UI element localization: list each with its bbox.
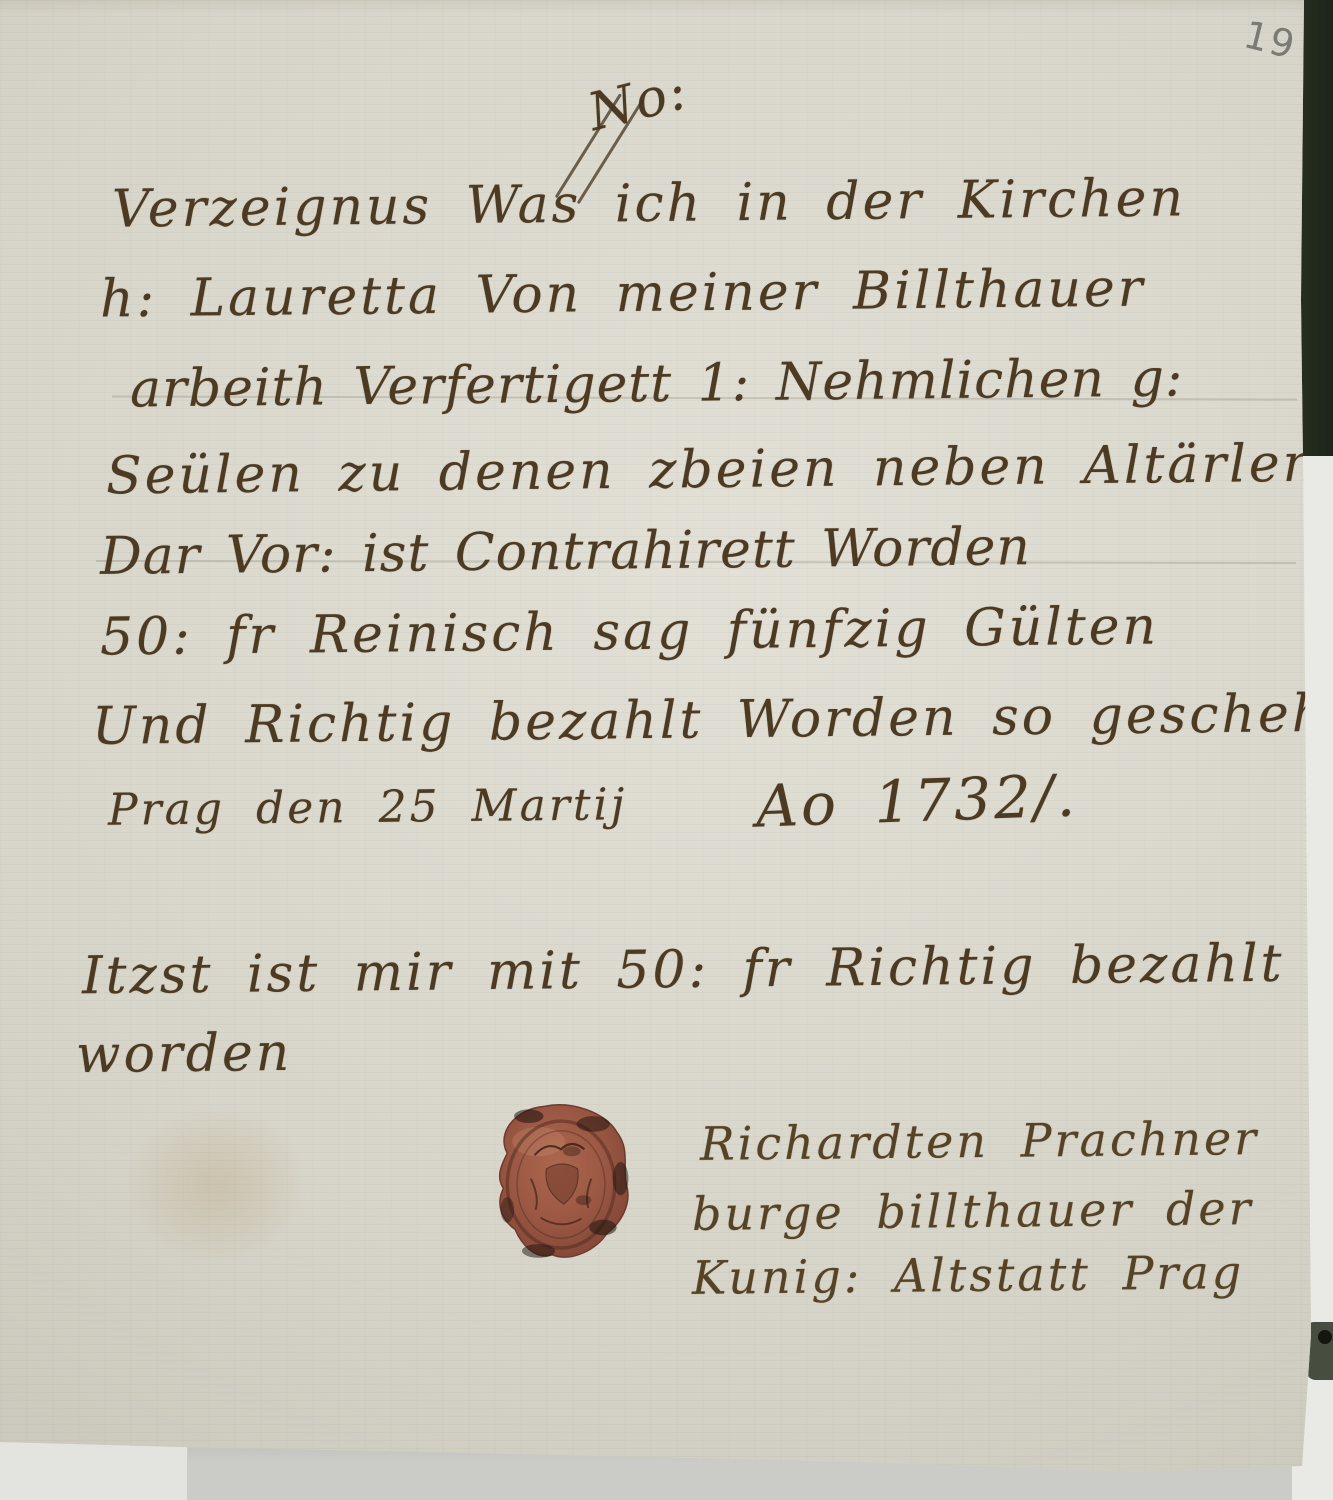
paper-edge-shading (0, 0, 1333, 1500)
underlying-sheet-edge (0, 1438, 188, 1500)
manuscript-scan: 19 No: Verzeignus Was ich in der Kirchen… (0, 0, 1333, 1500)
document-page: 19 No: Verzeignus Was ich in der Kirchen… (0, 0, 1333, 1500)
backing-hole (1318, 1330, 1332, 1344)
